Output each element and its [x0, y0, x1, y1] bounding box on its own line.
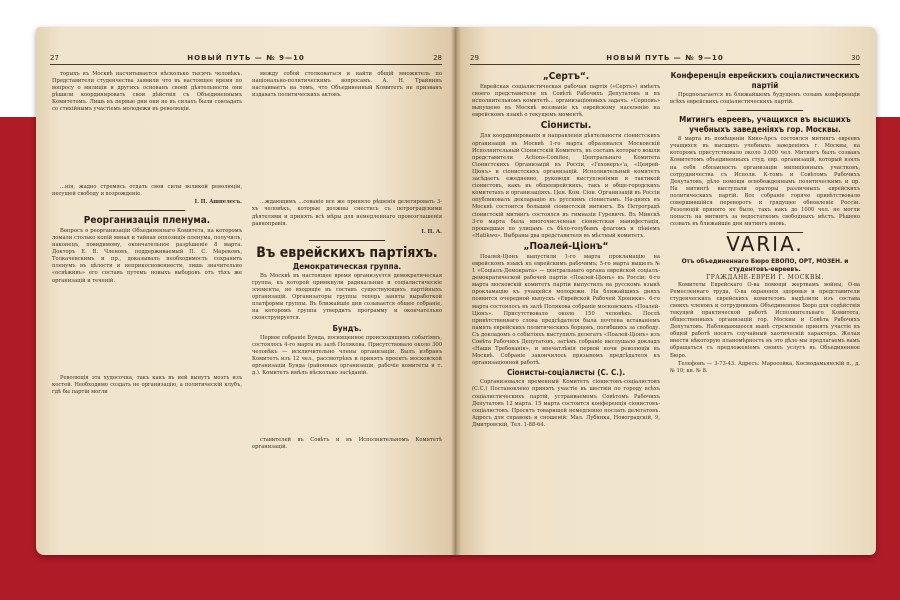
- article-text: торыхъ въ Москвѣ насчитывается нѣсколько…: [52, 71, 242, 114]
- article-text: ...ждающимъ ...сованіе все же приняло рѣ…: [252, 199, 442, 227]
- article-heading: Демократическая группа.: [252, 262, 442, 272]
- article-text: Революція эта худосочна, такъ какъ въ не…: [52, 375, 242, 396]
- column-right-1: „Сертъ“. Еврейская соціалистическая рабо…: [472, 71, 660, 430]
- article-text: Сорганизовался временный Комитетъ сіонис…: [472, 379, 660, 429]
- newspaper-title: НОВЫЙ ПУТЬ — № 9—10: [187, 54, 304, 62]
- column-left-2: между собой столковаться и найти общій м…: [252, 71, 442, 452]
- open-newspaper: 27 НОВЫЙ ПУТЬ — № 9—10 28 торыхъ въ Моск…: [36, 27, 876, 555]
- article-heading: Сіонисты-соціалисты (С. С.).: [472, 368, 660, 378]
- article-heading: „Сертъ“.: [472, 71, 660, 83]
- article-heading: Реорганизація пленума.: [52, 215, 242, 227]
- article-text: Предполагается въ ближайшемъ будущемъ со…: [670, 92, 860, 106]
- divider: [309, 240, 385, 241]
- page-number: 27: [50, 54, 59, 62]
- article-text: Еврейская соціалистическая рабочая парті…: [472, 84, 660, 119]
- author-signature: І. П. Ашпелесъ.: [52, 199, 242, 206]
- article-heading: Сіонисты.: [472, 120, 660, 132]
- article-text: Въ Москвѣ въ настоящее время организуетс…: [252, 273, 442, 323]
- newspaper-title: НОВЫЙ ПУТЬ — № 9—10: [606, 54, 723, 62]
- contact-info: Телефонъ — 3-73-43. Адресъ: Маросейка, К…: [670, 361, 860, 375]
- article-heading: „Поалей-Ціонъ“: [472, 241, 660, 253]
- article-text: Вопросъ о реорганизаціи Объединеннаго Ко…: [52, 228, 242, 285]
- section-heading: Въ еврейскихъ партіяхъ.: [252, 245, 442, 261]
- article-heading: Бундъ.: [252, 324, 442, 334]
- page-number: 29: [470, 54, 479, 62]
- page-gutter: [451, 27, 461, 555]
- article-text: Комитеты Еврейскаго О-ва помощи жертвамъ…: [670, 282, 860, 360]
- page-number: 30: [851, 54, 860, 62]
- article-text: Для координированія и направленія дѣятел…: [472, 133, 660, 239]
- article-text: Поалей-Ціонъ выпустили 1-го марта прокла…: [472, 254, 660, 368]
- column-right-2: Конференція еврейскихъ соціалистическихъ…: [670, 71, 860, 376]
- article-text: между собой столковаться и найти общій м…: [252, 71, 442, 99]
- article-text: Первое собраніе Бунда, посвященное проис…: [252, 335, 442, 378]
- article-heading: Отъ объединеннаго Бюро ЕВОПО, ОРТ, МОЗЕН…: [670, 257, 860, 273]
- article-text: ...нія, жадно стремясь отдать свои силы …: [52, 184, 242, 198]
- page-number: 28: [433, 54, 442, 62]
- article-heading: Конференція еврейскихъ соціалистическихъ…: [670, 71, 860, 91]
- varia-heading: VARIA.: [670, 241, 860, 248]
- appeal-heading: ГРАЖДАНЕ-ЕВРЕИ Г. МОСКВЫ.: [670, 274, 860, 281]
- article-text: 8 марта въ помѣщеніи Кино-Арсъ состоялся…: [670, 136, 860, 228]
- article-text: ставителей въ Совѣтъ и въ Исполнительном…: [252, 437, 442, 451]
- left-page-spread: 27 НОВЫЙ ПУТЬ — № 9—10 28 торыхъ въ Моск…: [36, 27, 456, 555]
- running-header-right: 29 НОВЫЙ ПУТЬ — № 9—10 30: [470, 54, 860, 65]
- running-header-left: 27 НОВЫЙ ПУТЬ — № 9—10 28: [50, 54, 442, 65]
- article-heading: Митингъ евреевъ, учащихся въ высшихъ уче…: [670, 115, 860, 135]
- right-page-spread: 29 НОВЫЙ ПУТЬ — № 9—10 30 „Сертъ“. Еврей…: [456, 27, 876, 555]
- divider: [727, 110, 803, 111]
- author-signature: І. П. А.: [252, 229, 442, 236]
- divider: [109, 210, 185, 211]
- column-left-1: торыхъ въ Москвѣ насчитывается нѣсколько…: [52, 71, 242, 397]
